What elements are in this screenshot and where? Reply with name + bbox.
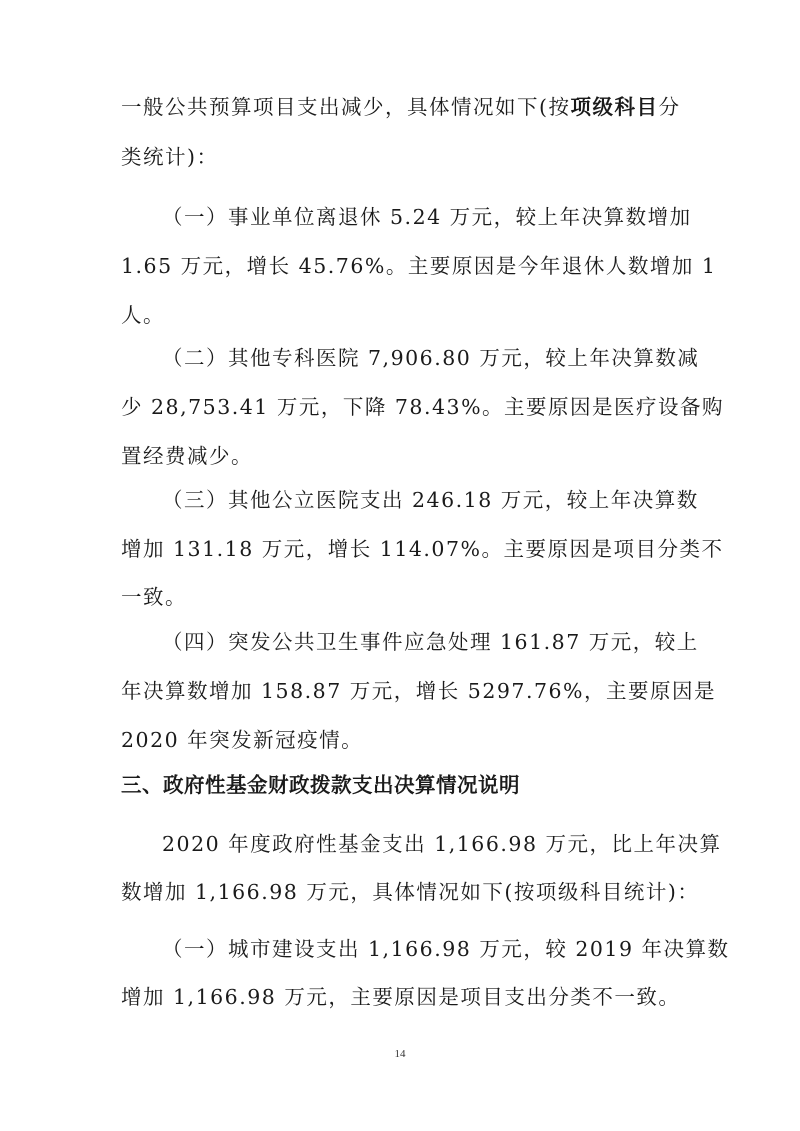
section-3-summary-line-2: 数增加 1,166.98 万元，具体情况如下(按项级科目统计)： [121, 880, 681, 904]
item-3-line-1: （三）其他公立医院支出 246.18 万元，较上年决算数 [162, 488, 681, 512]
document-page: 一般公共预算项目支出减少，具体情况如下(按项级科目分 类统计)： （一）事业单位… [0, 0, 800, 1131]
section-3-heading: 三、政府性基金财政拨款支出决算情况说明 [121, 773, 520, 797]
item-1-line-2: 1.65 万元，增长 45.76%。主要原因是今年退休人数增加 1 [121, 254, 681, 278]
section-3-summary-line-1: 2020 年度政府性基金支出 1,166.98 万元，比上年决算 [162, 832, 681, 856]
item-1-line-3: 人。 [121, 303, 681, 327]
item-2-line-2: 少 28,753.41 万元，下降 78.43%。主要原因是医疗设备购 [121, 395, 681, 419]
page-number: 14 [0, 1048, 800, 1060]
item-2-line-1: （二）其他专科医院 7,906.80 万元，较上年决算数减 [162, 346, 681, 370]
intro-line-1: 一般公共预算项目支出减少，具体情况如下(按项级科目分 [121, 95, 681, 119]
intro-bold-text: 项级科目 [571, 95, 659, 119]
item-2-line-3: 置经费减少。 [121, 444, 681, 468]
item-4-line-3: 2020 年突发新冠疫情。 [121, 728, 681, 752]
item-4-line-2: 年决算数增加 158.87 万元，增长 5297.76%，主要原因是 [121, 679, 681, 703]
item-4-line-1: （四）突发公共卫生事件应急处理 161.87 万元，较上 [162, 630, 681, 654]
item-3-line-2: 增加 131.18 万元，增长 114.07%。主要原因是项目分类不 [121, 537, 681, 561]
section-3-item-1-line-1: （一）城市建设支出 1,166.98 万元，较 2019 年决算数 [162, 937, 681, 961]
item-1-line-1: （一）事业单位离退休 5.24 万元，较上年决算数增加 [162, 205, 681, 229]
intro-line-2: 类统计)： [121, 145, 681, 169]
intro-text-end: 分 [659, 95, 681, 119]
intro-text: 一般公共预算项目支出减少，具体情况如下(按 [121, 95, 571, 119]
item-3-line-3: 一致。 [121, 585, 681, 609]
section-3-item-1-line-2: 增加 1,166.98 万元，主要原因是项目支出分类不一致。 [121, 985, 681, 1009]
